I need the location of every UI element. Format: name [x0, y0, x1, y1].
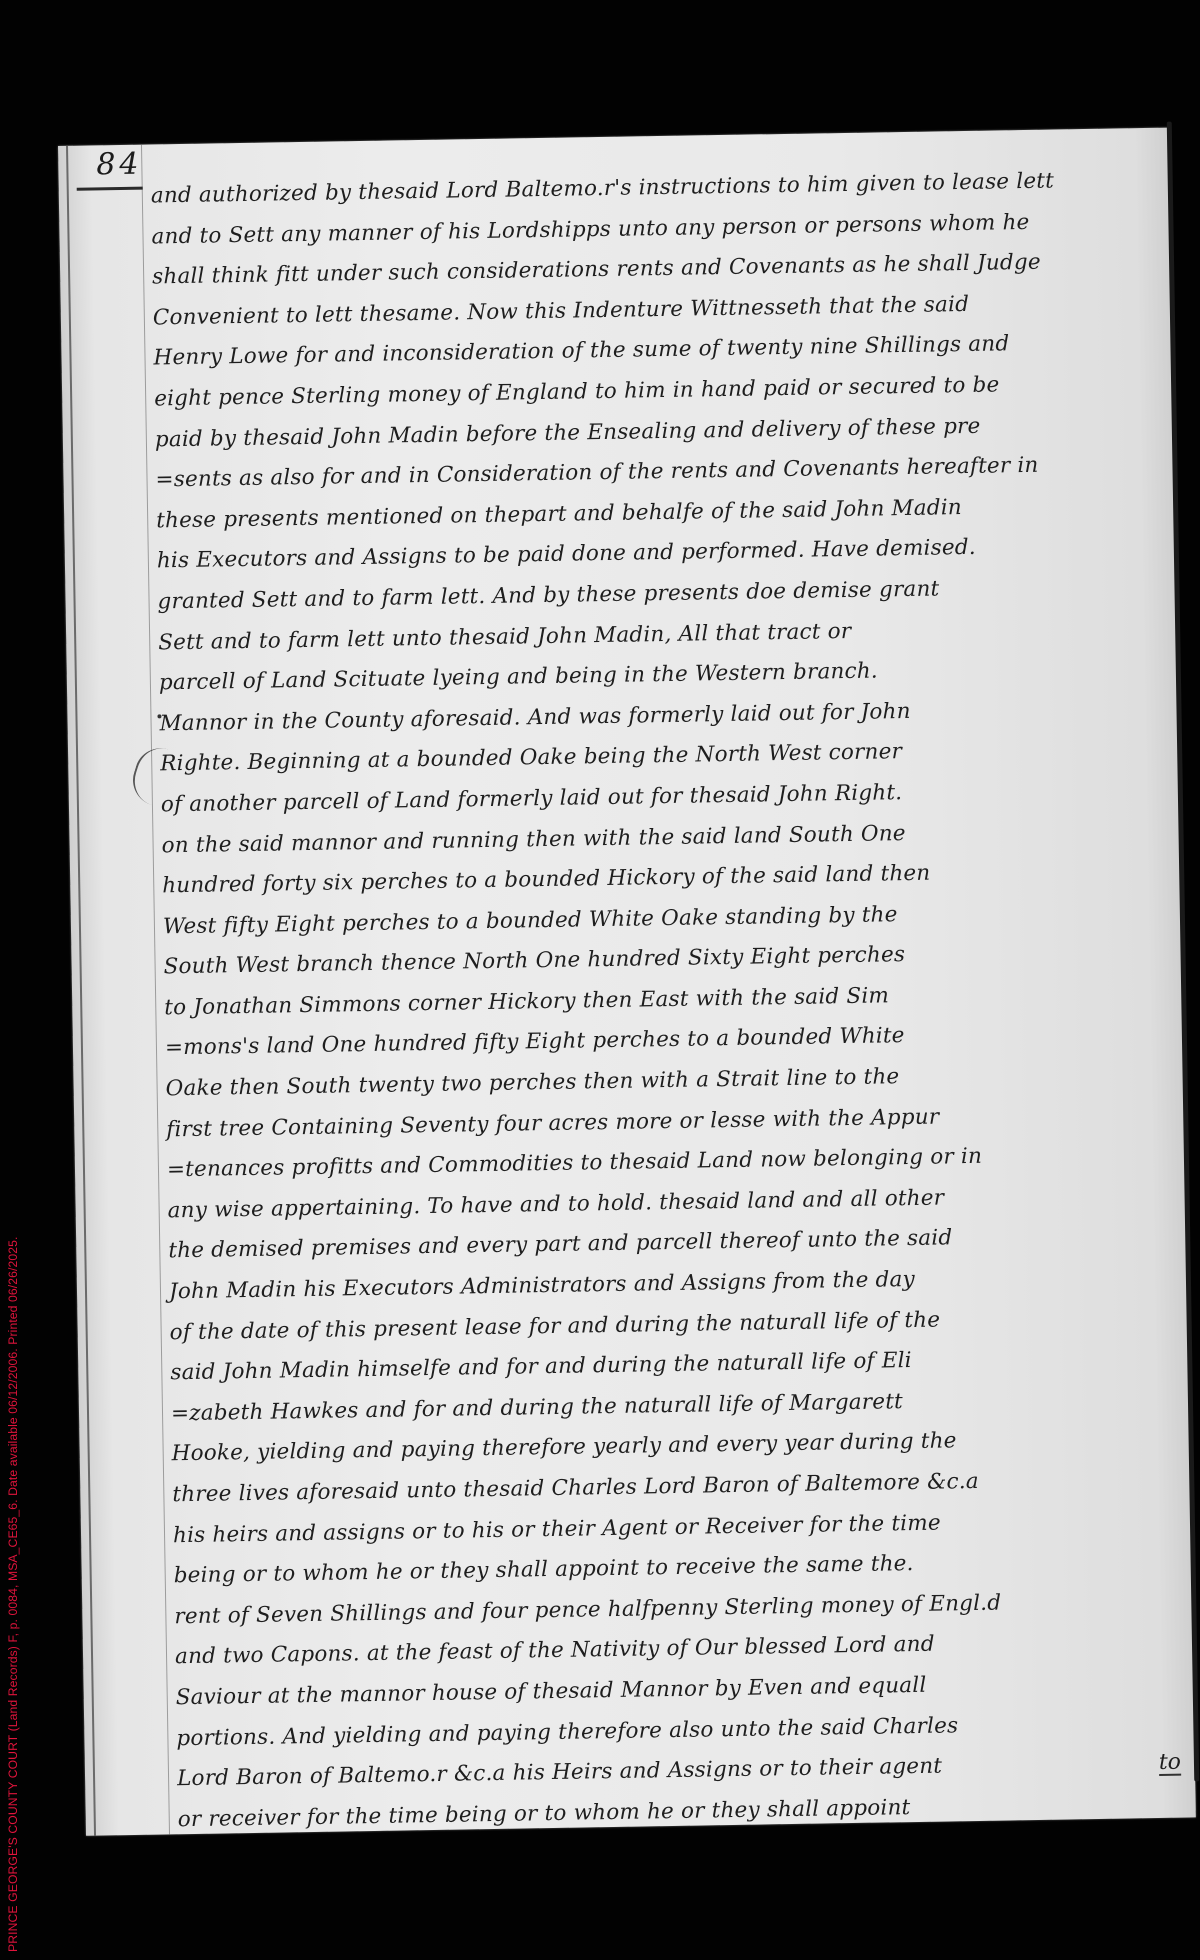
- ledger-page: 84 and authorized by thesaid Lord Baltem…: [58, 128, 1196, 1836]
- page-edge-rule: [66, 146, 96, 1836]
- archive-stamp-text: PRINCE GEORGE'S COUNTY COURT (Land Recor…: [6, 1236, 20, 1952]
- handwritten-text: and authorized by thesaid Lord Baltemo.r…: [151, 160, 1188, 1841]
- page-number-box: 84: [76, 145, 143, 191]
- archive-stamp: PRINCE GEORGE'S COUNTY COURT (Land Recor…: [4, 1152, 22, 1952]
- catchword: to: [1159, 1752, 1181, 1776]
- document-viewer: PRINCE GEORGE'S COUNTY COURT (Land Recor…: [0, 0, 1200, 1960]
- page-number: 84: [96, 147, 143, 183]
